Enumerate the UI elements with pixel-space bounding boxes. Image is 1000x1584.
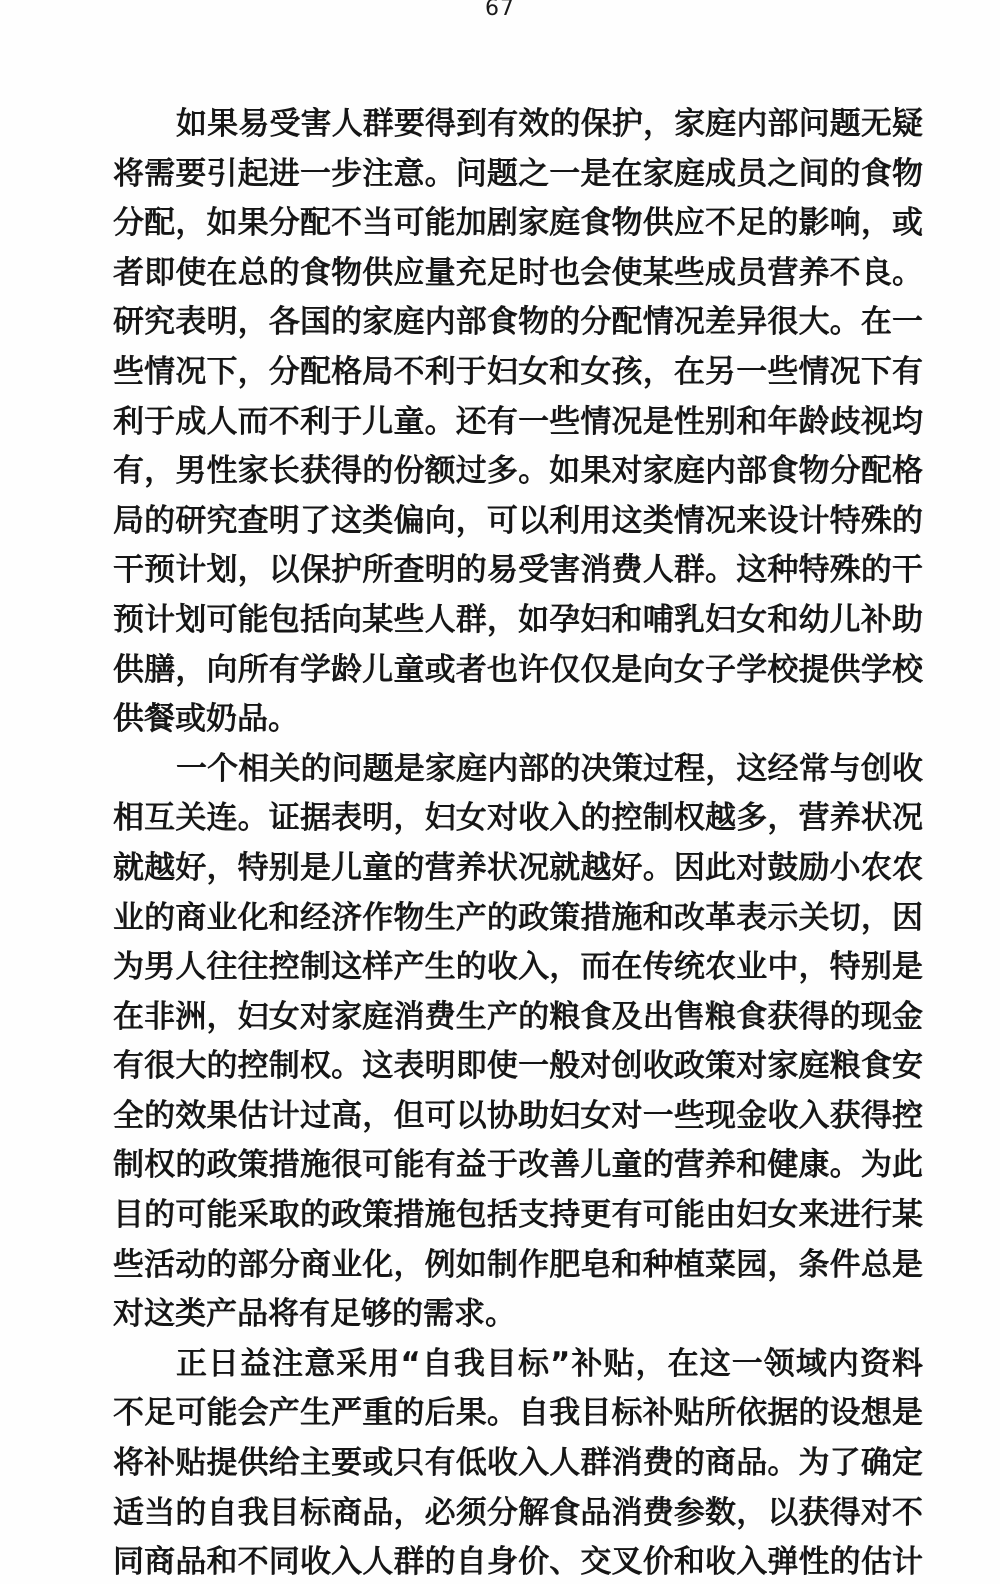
text-line: 研究表明，各国的家庭内部食物的分配情况差异很大。在一 (113, 298, 923, 348)
text-block: 如果易受害人群要得到有效的保护，家庭内部问题无疑 将需要引起进一步注意。问题之一… (113, 100, 923, 1584)
text-line: 对这类产品将有足够的需求。 (113, 1290, 923, 1340)
text-line: 相互关连。证据表明，妇女对收入的控制权越多，营养状况 (113, 794, 923, 844)
text-line: 同商品和不同收入人群的自身价、交叉价和收入弹性的估计 (113, 1538, 923, 1584)
text-line: 适当的自我目标商品，必须分解食品消费参数，以获得对不 (113, 1489, 923, 1539)
text-line: 些情况下，分配格局不利于妇女和女孩，在另一些情况下有 (113, 348, 923, 398)
paragraph: 正日益注意采用“自我目标”补贴，在这一领域内资料 不足可能会产生严重的后果。自我… (113, 1340, 923, 1584)
text-line: 将补贴提供给主要或只有低收入人群消费的商品。为了确定 (113, 1439, 923, 1489)
text-line: 业的商业化和经济作物生产的政策措施和改革表示关切，因 (113, 894, 923, 944)
text-line: 供膳，向所有学龄儿童或者也许仅仅是向女子学校提供学校 (113, 646, 923, 696)
text-line: 预计划可能包括向某些人群，如孕妇和哺乳妇女和幼儿补助 (113, 596, 923, 646)
text-line: 就越好，特别是儿童的营养状况就越好。因此对鼓励小农农 (113, 844, 923, 894)
text-line: 些活动的部分商业化，例如制作肥皂和种植菜园，条件总是 (113, 1241, 923, 1291)
paragraph: 一个相关的问题是家庭内部的决策过程，这经常与创收 相互关连。证据表明，妇女对收入… (113, 745, 923, 1340)
text-line: 分配，如果分配不当可能加剧家庭食物供应不足的影响，或 (113, 199, 923, 249)
document-page: 67 如果易受害人群要得到有效的保护，家庭内部问题无疑 将需要引起进一步注意。问… (0, 0, 1000, 1584)
text-line: 干预计划，以保护所查明的易受害消费人群。这种特殊的干 (113, 546, 923, 596)
text-line: 有很大的控制权。这表明即使一般对创收政策对家庭粮食安 (113, 1042, 923, 1092)
text-line: 如果易受害人群要得到有效的保护，家庭内部问题无疑 (113, 100, 923, 150)
page-number: 67 (0, 0, 1000, 21)
text-line: 局的研究查明了这类偏向，可以利用这类情况来设计特殊的 (113, 497, 923, 547)
text-line: 利于成人而不利于儿童。还有一些情况是性别和年龄歧视均 (113, 398, 923, 448)
text-line: 者即使在总的食物供应量充足时也会使某些成员营养不良。 (113, 249, 923, 299)
text-line: 为男人往往控制这样产生的收入，而在传统农业中，特别是 (113, 943, 923, 993)
text-line: 有，男性家长获得的份额过多。如果对家庭内部食物分配格 (113, 447, 923, 497)
text-line: 不足可能会产生严重的后果。自我目标补贴所依据的设想是 (113, 1389, 923, 1439)
text-line: 全的效果估计过高，但可以协助妇女对一些现金收入获得控 (113, 1092, 923, 1142)
text-line: 正日益注意采用“自我目标”补贴，在这一领域内资料 (113, 1340, 923, 1390)
text-line: 供餐或奶品。 (113, 695, 923, 745)
text-line: 目的可能采取的政策措施包括支持更有可能由妇女来进行某 (113, 1191, 923, 1241)
text-line: 在非洲，妇女对家庭消费生产的粮食及出售粮食获得的现金 (113, 993, 923, 1043)
text-line: 制权的政策措施很可能有益于改善儿童的营养和健康。为此 (113, 1141, 923, 1191)
text-line: 将需要引起进一步注意。问题之一是在家庭成员之间的食物 (113, 150, 923, 200)
paragraph: 如果易受害人群要得到有效的保护，家庭内部问题无疑 将需要引起进一步注意。问题之一… (113, 100, 923, 745)
text-line: 一个相关的问题是家庭内部的决策过程，这经常与创收 (113, 745, 923, 795)
